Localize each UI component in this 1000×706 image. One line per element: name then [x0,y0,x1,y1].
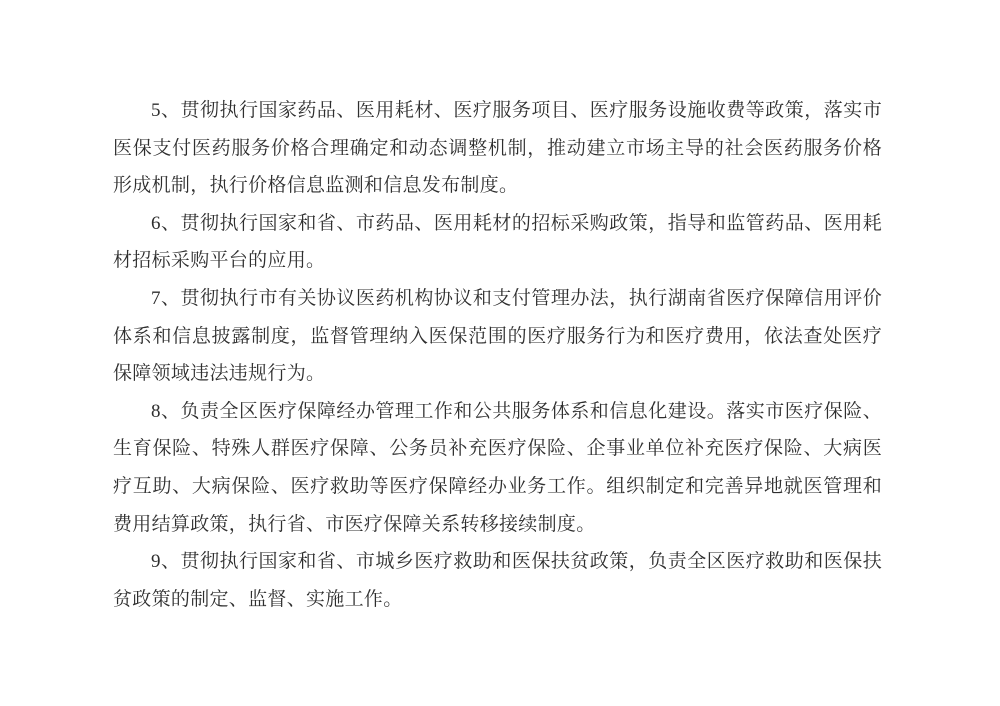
document-body: 5、贯彻执行国家药品、医用耗材、医疗服务项目、医疗服务设施收费等政策，落实市医保… [113,92,882,618]
document-page: 5、贯彻执行国家药品、医用耗材、医疗服务项目、医疗服务设施收费等政策，落实市医保… [0,0,1000,706]
paragraph-6: 6、贯彻执行国家和省、市药品、医用耗材的招标采购政策，指导和监管药品、医用耗材招… [113,205,882,280]
paragraph-8: 8、负责全区医疗保障经办管理工作和公共服务体系和信息化建设。落实市医疗保险、生育… [113,393,882,543]
paragraph-5: 5、贯彻执行国家药品、医用耗材、医疗服务项目、医疗服务设施收费等政策，落实市医保… [113,92,882,205]
paragraph-7: 7、贯彻执行市有关协议医药机构协议和支付管理办法，执行湖南省医疗保障信用评价体系… [113,280,882,393]
paragraph-9: 9、贯彻执行国家和省、市城乡医疗救助和医保扶贫政策，负责全区医疗救助和医保扶贫政… [113,543,882,618]
